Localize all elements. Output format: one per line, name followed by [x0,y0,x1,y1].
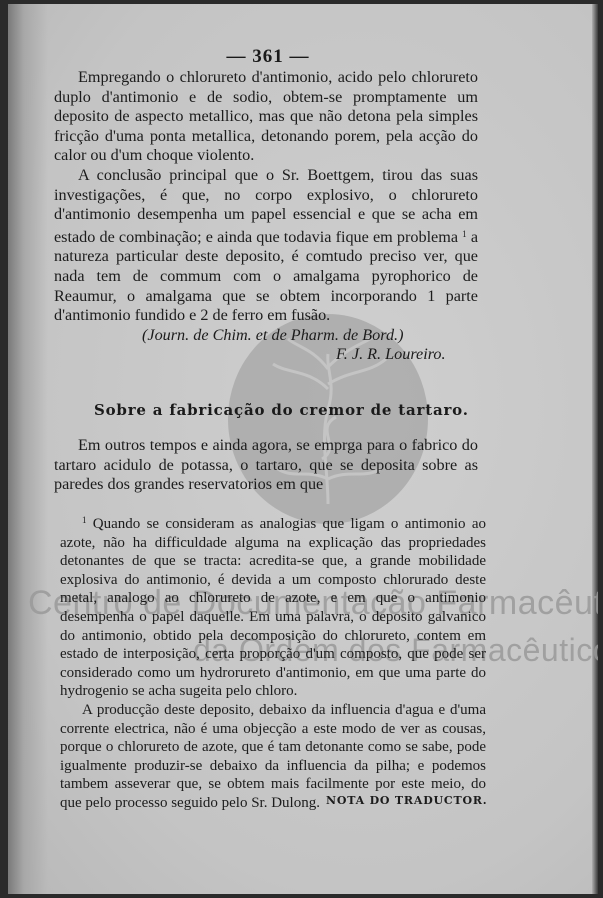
paragraph: Em outros tempos e ainda agora, se emprg… [54,436,478,495]
paragraph: A conclusão principal que o Sr. Boettgem… [54,166,478,326]
book-gutter-shadow [8,4,48,894]
paragraph: Empregando o chlorureto d'antimonio, aci… [54,68,478,166]
article2-body: Em outros tempos e ainda agora, se emprg… [54,436,478,495]
source-citation: (Journ. de Chim. et de Pharm. de Bord.) [54,326,478,346]
footnote-paragraph: 1 Quando se consideram as analogias que … [60,511,486,701]
page-number: — 361 — [208,46,328,68]
page-edge [592,4,598,894]
footnote-number: 1 [82,515,87,525]
section-heading: Sobre a fabricação do cremor de tartaro. [94,401,469,419]
scanned-page: Centro de Documentação Farmacêutica da O… [8,4,598,894]
author-signature: F. J. R. Loureiro. [54,345,478,365]
translator-note-signature: NOTA DO TRADUCTOR. [326,794,487,807]
footnote: 1 Quando se consideram as analogias que … [60,511,486,813]
footnote-marker: 1 [462,229,467,239]
article-body: Empregando o chlorureto d'antimonio, aci… [54,68,478,365]
